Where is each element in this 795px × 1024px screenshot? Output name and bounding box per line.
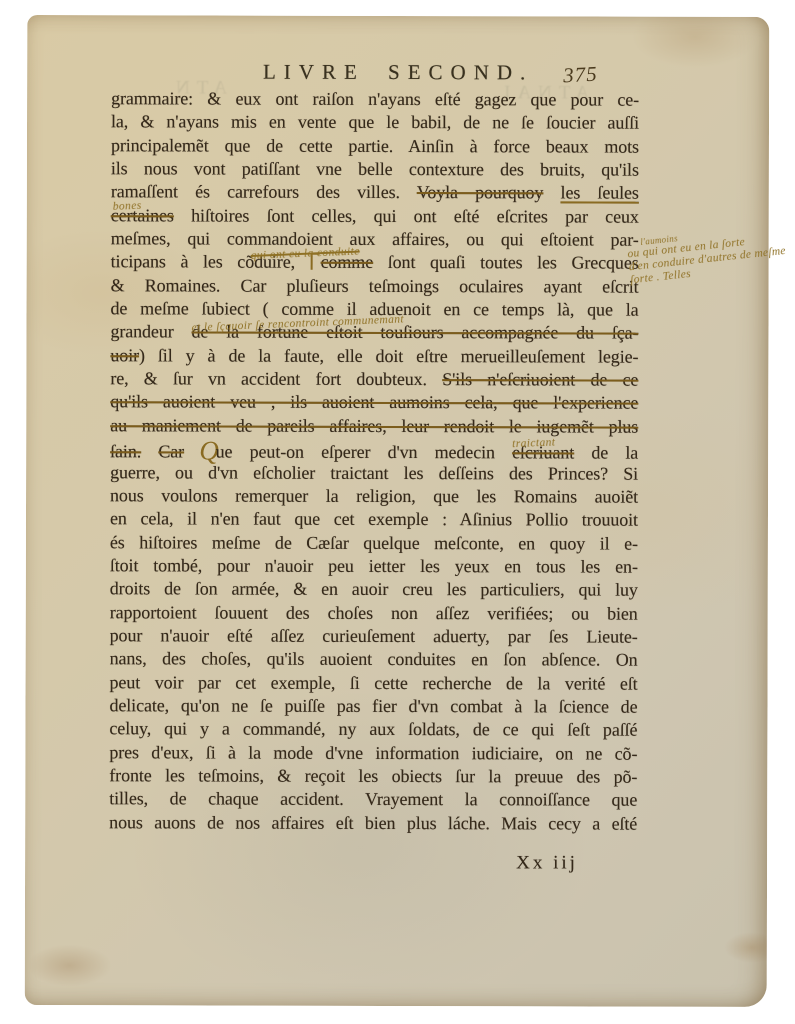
- text-line: pour n'auoir eſté aſſez curieuſement adu…: [110, 624, 638, 649]
- text-segment: grandeur: [110, 322, 191, 342]
- signature-mark: Xx iij: [477, 852, 617, 874]
- text-segment: la, & n'ayans mis en vente que le babil,…: [111, 112, 639, 133]
- struck-text-segment: eſcriuanttraictant: [512, 442, 574, 462]
- text-segment: [543, 183, 560, 203]
- text-line: nous auons de nos affaires eſt bien plus…: [109, 811, 637, 836]
- struck-text-segment: ſain.: [110, 441, 141, 461]
- text-line: nous voulons remerquer la religion, que …: [110, 484, 638, 509]
- text-segment: droits de ſon armée, & en auoir creu les…: [110, 578, 638, 599]
- text-segment: nans, des choſes, qu'ils auoient conduit…: [110, 648, 638, 669]
- struck-text-segment: S'ils n'eſcriuoient de ce: [442, 369, 638, 390]
- text-segment: de la: [574, 443, 638, 463]
- struck-text-segment: qu'ils auoient veu , ils auoient aumoins…: [110, 392, 638, 413]
- text-segment: celuy, qui y a commandé, ny aux ſoldats,…: [109, 719, 637, 740]
- text-segment: pres d'eux, ſi à la mode d'vne informati…: [109, 742, 637, 763]
- text-segment: la, & n'ayans mis en vente que le babil,…: [111, 112, 639, 133]
- text-segment: [141, 441, 158, 461]
- text-segment: ſain.: [110, 441, 141, 461]
- text-segment: Q: [201, 442, 215, 462]
- text-line: grammaire: & eux ont raiſon n'ayans eſté…: [111, 87, 639, 112]
- struck-text-segment: commequi ont eu la conduite: [321, 252, 374, 272]
- text-segment: [543, 183, 560, 203]
- text-segment: ramaſſent és carrefours des villes.: [111, 182, 417, 203]
- text-line: ticipans à les cõduire, commequi ont eu …: [111, 251, 639, 276]
- text-line: grandeur de la fortune eſtoit touſiours …: [110, 321, 638, 346]
- text-segment: ue peut-on eſperer d'vn medecin: [216, 442, 512, 463]
- text-line: la, & n'ayans mis en vente que le babil,…: [111, 111, 639, 136]
- text-segment: principalemẽt que de cette partie. Ainſi…: [111, 135, 639, 156]
- text-segment: ramaſſent és carrefours des villes.: [111, 182, 417, 203]
- text-line: meſmes, qui commandoient aux affaires, o…: [111, 227, 639, 252]
- text-segment: rapportoient ſouuent des choſes non aſſe…: [110, 602, 638, 623]
- text-segment: ſont quaſi toutes les Grecques: [373, 252, 639, 273]
- text-line: ſain. Car Que peut-on eſperer d'vn medec…: [110, 437, 638, 462]
- text-segment: re, & ſur vn accident fort doubteux.: [110, 368, 442, 389]
- text-segment: nous auons de nos affaires eſt bien plus…: [109, 812, 637, 833]
- text-segment: au maniement de pareils affaires, leur r…: [110, 415, 638, 436]
- text-line: certainesbones hiſtoires ſont celles, qu…: [111, 204, 639, 229]
- text-segment: ue peut-on eſperer d'vn medecin: [216, 442, 512, 463]
- text-line: guerre, ou d'vn eſcholier traictant les …: [110, 461, 638, 486]
- text-segment: en cela, il n'en faut que cet exemple : …: [110, 508, 638, 529]
- handwritten-note: traictant: [512, 438, 556, 451]
- text-segment: meſmes, qui commandoient aux affaires, o…: [111, 228, 639, 249]
- text-segment: grammaire: & eux ont raiſon n'ayans eſté…: [111, 88, 639, 109]
- text-segment: Voyla pourquoy: [417, 182, 544, 202]
- text-segment: guerre, ou d'vn eſcholier traictant les …: [110, 462, 638, 483]
- text-segment: grandeur: [110, 322, 191, 342]
- text-line: & Romaines. Car pluſieurs teſmoings ocul…: [111, 274, 639, 299]
- text-line: ramaſſent és carrefours des villes. Voyl…: [111, 181, 639, 206]
- text-segment: delicate, qu'on ne ſe puiſſe pas fier d'…: [109, 695, 637, 716]
- text-line: tilles, de chaque accident. Vrayement la…: [109, 788, 637, 813]
- text-segment: grammaire: & eux ont raiſon n'ayans eſté…: [111, 88, 639, 109]
- text-line: peut voir par cet exemple, ſi cette rech…: [110, 671, 638, 696]
- text-segment: tilles, de chaque accident. Vrayement la…: [109, 789, 637, 810]
- text-segment: ils nous vont patiſſant vne belle contex…: [111, 158, 639, 179]
- text-segment: pour n'auoir eſté aſſez curieuſement adu…: [110, 625, 638, 646]
- struck-text-segment: Voyla pourquoy: [417, 182, 544, 202]
- struck-text-segment: au maniement de pareils affaires, leur r…: [110, 415, 638, 436]
- text-line: delicate, qu'on ne ſe puiſſe pas fier d'…: [109, 694, 637, 719]
- text-line: au maniement de pareils affaires, leur r…: [110, 414, 638, 439]
- text-segment: fronte les teſmoins, & reçoit les obiect…: [109, 765, 637, 786]
- text-line: pres d'eux, ſi à la mode d'vne informati…: [109, 741, 637, 766]
- text-segment: meſmes, qui commandoient aux affaires, o…: [111, 228, 639, 249]
- text-line: rapportoient ſouuent des choſes non aſſe…: [110, 601, 638, 626]
- text-line: qu'ils auoient veu , ils auoient aumoins…: [110, 391, 638, 416]
- text-segment: uoir: [110, 345, 139, 365]
- text-segment: Car: [158, 442, 184, 462]
- text-segment: ſtoit tombé, pour n'auoir peu ietter les…: [110, 555, 638, 576]
- text-segment: [141, 441, 158, 461]
- text-segment: ils nous vont patiſſant vne belle contex…: [111, 158, 639, 179]
- text-line: uoir) ſil y à de la faute, elle doit eſt…: [110, 344, 638, 369]
- page-number: 375: [563, 62, 599, 89]
- scanned-book-photo: ATN ATNAI LIVRE SECOND. 375 grammaire: &…: [0, 0, 795, 1024]
- text-segment: pour n'auoir eſté aſſez curieuſement adu…: [110, 625, 638, 646]
- text-segment: ) ſil y à de la faute, elle doit eſtre m…: [139, 345, 638, 366]
- running-header: LIVRE SECOND.: [27, 59, 769, 86]
- text-segment: celuy, qui y a commandé, ny aux ſoldats,…: [109, 719, 637, 740]
- text-segment: & Romaines. Car pluſieurs teſmoings ocul…: [111, 275, 639, 296]
- text-line: principalemẽt que de cette partie. Ainſi…: [111, 134, 639, 159]
- text-line: re, & ſur vn accident fort doubteux. S'i…: [110, 367, 638, 392]
- text-segment: hiſtoires ſont celles, qui ont eſté eſcr…: [174, 205, 639, 226]
- text-segment: en cela, il n'en faut que cet exemple : …: [110, 508, 638, 529]
- text-segment: peut voir par cet exemple, ſi cette rech…: [110, 672, 638, 693]
- text-line: és hiſtoires meſme de Cæſar quelque meſc…: [110, 531, 638, 556]
- struck-text-segment: Car: [158, 442, 184, 462]
- text-segment: droits de ſon armée, & en auoir creu les…: [110, 578, 638, 599]
- text-line: ils nous vont patiſſant vne belle contex…: [111, 157, 639, 182]
- text-segment: les ſeules: [561, 183, 639, 203]
- text-segment: peut voir par cet exemple, ſi cette rech…: [110, 672, 638, 693]
- text-segment: nous auons de nos affaires eſt bien plus…: [109, 812, 637, 833]
- text-line: nans, des choſes, qu'ils auoient conduit…: [110, 647, 638, 672]
- text-segment: les ſeules: [561, 183, 639, 203]
- text-segment: guerre, ou d'vn eſcholier traictant les …: [110, 462, 638, 483]
- book-page: ATN ATNAI LIVRE SECOND. 375 grammaire: &…: [25, 15, 770, 1007]
- text-line: fronte les teſmoins, & reçoit les obiect…: [109, 764, 637, 789]
- struck-text-segment: de la fortune eſtoit touſiours accompagn…: [192, 322, 639, 343]
- text-segment: nans, des choſes, qu'ils auoient conduit…: [110, 648, 638, 669]
- text-segment: de la: [574, 443, 638, 463]
- text-segment: S'ils n'eſcriuoient de ce: [442, 369, 638, 390]
- text-segment: ſont quaſi toutes les Grecques: [373, 252, 639, 273]
- struck-text-segment: certainesbones: [111, 205, 174, 225]
- text-segment: ) ſil y à de la faute, elle doit eſtre m…: [139, 345, 638, 366]
- text-line: droits de ſon armée, & en auoir creu les…: [110, 577, 638, 602]
- text-segment: és hiſtoires meſme de Cæſar quelque meſc…: [110, 532, 638, 553]
- text-segment: és hiſtoires meſme de Cæſar quelque meſc…: [110, 532, 638, 553]
- text-segment: tilles, de chaque accident. Vrayement la…: [109, 789, 637, 810]
- text-segment: pres d'eux, ſi à la mode d'vne informati…: [109, 742, 637, 763]
- handwritten-note: bones: [113, 201, 142, 213]
- text-segment: principalemẽt que de cette partie. Ainſi…: [111, 135, 639, 156]
- body-text: grammaire: & eux ont raiſon n'ayans eſté…: [109, 87, 639, 835]
- text-segment: fronte les teſmoins, & reçoit les obiect…: [109, 765, 637, 786]
- text-segment: & Romaines. Car pluſieurs teſmoings ocul…: [111, 275, 639, 296]
- struck-text-segment: uoir: [110, 345, 139, 365]
- text-segment: nous voulons remerquer la religion, que …: [110, 485, 638, 506]
- text-line: celuy, qui y a commandé, ny aux ſoldats,…: [109, 718, 637, 743]
- text-segment: nous voulons remerquer la religion, que …: [110, 485, 638, 506]
- text-segment: hiſtoires ſont celles, qui ont eſté eſcr…: [174, 205, 639, 226]
- text-segment: re, & ſur vn accident fort doubteux.: [110, 368, 442, 389]
- text-line: en cela, il n'en faut que cet exemple : …: [110, 507, 638, 532]
- text-line: ſtoit tombé, pour n'auoir peu ietter les…: [110, 554, 638, 579]
- text-segment: delicate, qu'on ne ſe puiſſe pas fier d'…: [109, 695, 637, 716]
- text-segment: rapportoient ſouuent des choſes non aſſe…: [110, 602, 638, 623]
- text-segment: qu'ils auoient veu , ils auoient aumoins…: [110, 392, 638, 413]
- text-segment: ſtoit tombé, pour n'auoir peu ietter les…: [110, 555, 638, 576]
